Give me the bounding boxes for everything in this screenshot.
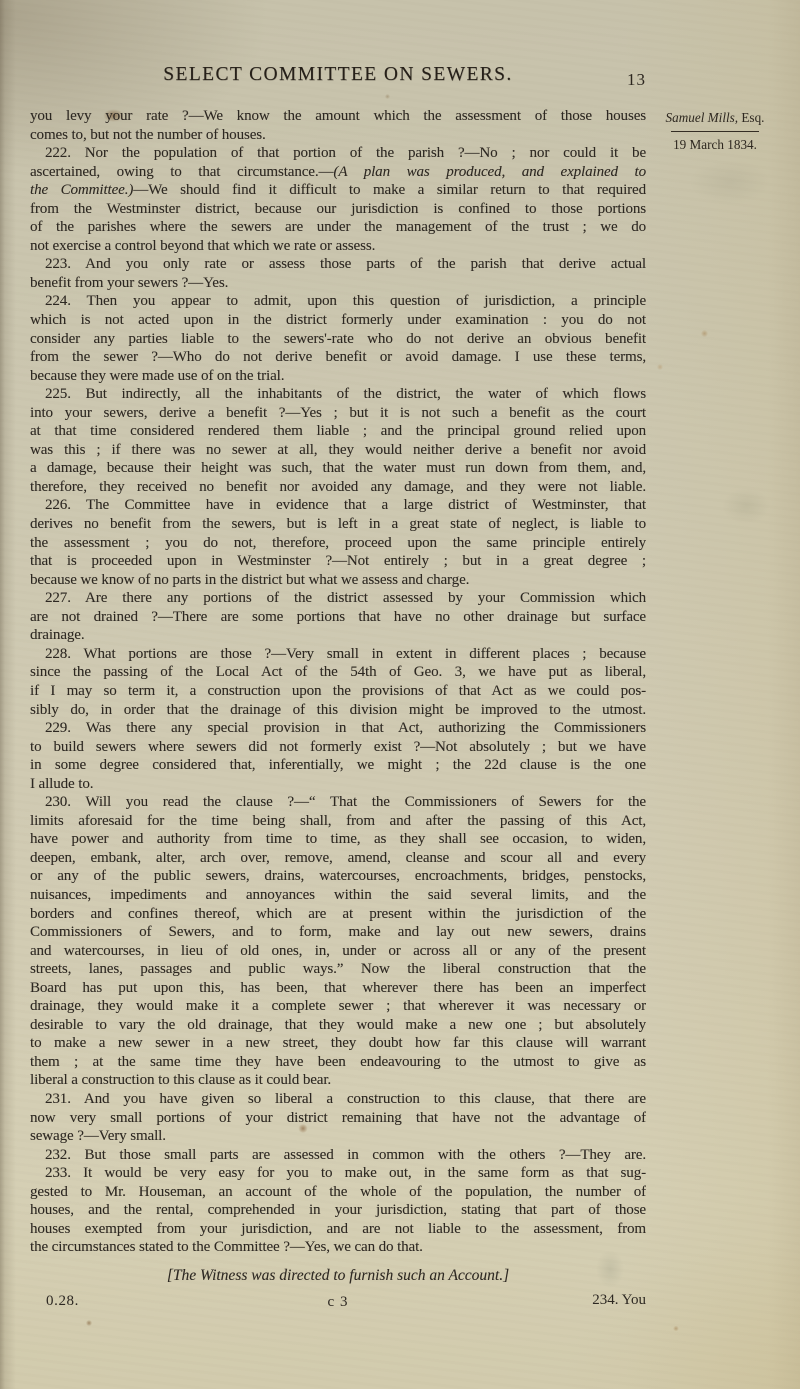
scanned-document-page: SELECT COMMITTEE ON SEWERS. 13 Samuel Mi… [0, 0, 800, 1389]
foxing-spot [385, 94, 390, 99]
body-line: and watercourses, in lieu of old ones, i… [30, 942, 646, 961]
body-line: drainage, they would make it a complete … [30, 997, 646, 1016]
body-line: 222. Nor the population of that portion … [30, 144, 646, 163]
sidenote: Samuel Mills, Esq. 19 March 1834. [652, 110, 778, 152]
body-line: desirable to vary the old drainage, that… [30, 1016, 646, 1035]
body-line: since the passing of the Local Act of th… [30, 663, 646, 682]
body-line: the Committee.)—We should find it diffic… [30, 181, 646, 200]
body-line: deepen, embank, alter, arch over, remove… [30, 849, 646, 868]
examination-date: 19 March 1834. [652, 137, 778, 152]
foxing-spot [657, 364, 663, 370]
body-line: in some degree considered that, inferent… [30, 756, 646, 775]
body-line: benefit from your sewers ?—Yes. [30, 274, 646, 293]
body-line: streets, lanes, passages and public ways… [30, 960, 646, 979]
body-line: now very small portions of your district… [30, 1109, 646, 1128]
body-line: I allude to. [30, 775, 646, 794]
body-line: because we know of no parts in the distr… [30, 571, 646, 590]
stage-direction: [The Witness was directed to furnish suc… [30, 1267, 646, 1285]
witness-name: Samuel Mills, Esq. [652, 110, 778, 125]
foxing-spot [701, 330, 708, 337]
body-line: because they were made use of on the tri… [30, 367, 646, 386]
body-line: houses exempted from your jurisdiction, … [30, 1220, 646, 1239]
body-line: 232. But those small parts are assessed … [30, 1146, 646, 1165]
body-line: 225. But indirectly, all the inhabitants… [30, 385, 646, 404]
body-line: limits aforesaid for the time being shal… [30, 812, 646, 831]
body-line: are not drained ?—There are some portion… [30, 608, 646, 627]
body-line: gested to Mr. Houseman, an account of th… [30, 1183, 646, 1202]
body-line: liberal a construction to this clause as… [30, 1071, 646, 1090]
body-line: 226. The Committee have in evidence that… [30, 496, 646, 515]
body-line: which is not acted upon in the district … [30, 311, 646, 330]
body-line: comes to, but not the number of houses. [30, 126, 646, 145]
body-line: that is proceeded upon in Westminster ?—… [30, 552, 646, 571]
body-line: a damage, because their height was such,… [30, 459, 646, 478]
body-line: nuisances, impediments and annoyances wi… [30, 886, 646, 905]
paper-smudge [722, 488, 770, 524]
body-line: into your sewers, derive a benefit ?—Yes… [30, 404, 646, 423]
sidenote-rule [671, 131, 759, 132]
body-line: 231. And you have given so liberal a con… [30, 1090, 646, 1109]
foxing-spot [86, 1320, 92, 1326]
body-line: derives no benefit from the sewers, but … [30, 515, 646, 534]
body-line: 230. Will you read the clause ?—“ That t… [30, 793, 646, 812]
body-line: was this ; if there was no sewer at all,… [30, 441, 646, 460]
body-line: houses, and the rental, comprehended in … [30, 1201, 646, 1220]
body-line: at that time considered rendered them li… [30, 422, 646, 441]
body-line: 224. Then you appear to admit, upon this… [30, 292, 646, 311]
paper-smudge [690, 160, 770, 204]
body-line: sibly do, in order that the drainage of … [30, 701, 646, 720]
body-line: Commissioners of Sewers, and to form, ma… [30, 923, 646, 942]
body-line: from the sewer ?—Who do not derive benef… [30, 348, 646, 367]
body-line: of the parishes where the sewers are und… [30, 218, 646, 237]
body-line: 229. Was there any special provision in … [30, 719, 646, 738]
body-line: 233. It would be very easy for you to ma… [30, 1164, 646, 1183]
body-line: Board has put upon this, has been, that … [30, 979, 646, 998]
body-line: consider any parties liable to the sewer… [30, 330, 646, 349]
body-line: or any of the public sewers, drains, wat… [30, 867, 646, 886]
foxing-spot [673, 1326, 679, 1331]
body-line: them ; at the same time they have been e… [30, 1053, 646, 1072]
body-line: 227. Are there any portions of the distr… [30, 589, 646, 608]
body-line: therefore, they received no benefit nor … [30, 478, 646, 497]
page-number: 13 [30, 70, 646, 90]
body-line: have power and authority from time to ti… [30, 830, 646, 849]
body-line: from the Westminster district, because o… [30, 200, 646, 219]
body-line: borders and confines thereof, which are … [30, 905, 646, 924]
body-line: to build sewers where sewers did not for… [30, 738, 646, 757]
body-line: the circumstances stated to the Committe… [30, 1238, 646, 1257]
body-line: drainage. [30, 626, 646, 645]
body-line: 228. What portions are those ?—Very smal… [30, 645, 646, 664]
body-line: 223. And you only rate or assess those p… [30, 255, 646, 274]
catchword: 234. You [30, 1292, 646, 1309]
body-line: the assessment ; you do not, therefore, … [30, 534, 646, 553]
body-line: sewage ?—Very small. [30, 1127, 646, 1146]
body-line: you levy your rate ?—We know the amount … [30, 107, 646, 126]
body-line: not exercise a control beyond that which… [30, 237, 646, 256]
body-line: to make a new sewer in a new street, the… [30, 1034, 646, 1053]
body-line: ascertained, owing to that circumstance.… [30, 163, 646, 182]
body-line: if I may so term it, a construction upon… [30, 682, 646, 701]
testimony-text: you levy your rate ?—We know the amount … [30, 107, 646, 1257]
